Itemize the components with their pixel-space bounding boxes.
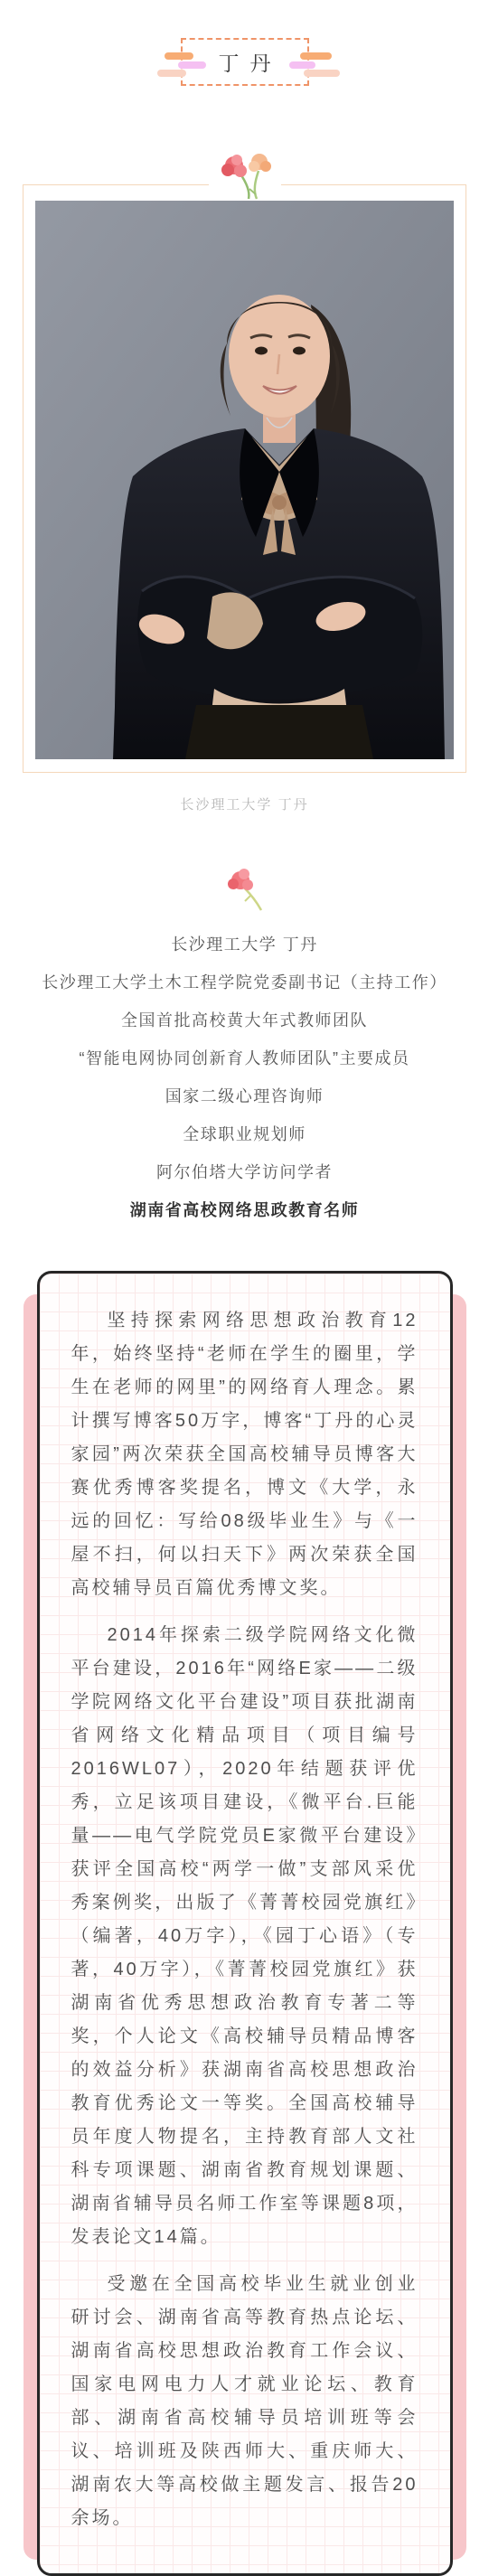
credential-line: 国家二级心理咨询师	[0, 1077, 489, 1115]
decor-bar-orange-left	[165, 52, 193, 60]
carnation-bouquet-icon	[209, 146, 281, 200]
page-title: 丁丹	[208, 47, 282, 77]
credential-line: 长沙理工大学土木工程学院党委副书记（主持工作）	[0, 964, 489, 1001]
bio-paragraph: 受邀在全国高校毕业生就业创业研讨会、湖南省高等教育热点论坛、湖南省高校思想政治教…	[71, 2268, 418, 2535]
credential-line: 长沙理工大学 丁丹	[0, 926, 489, 964]
decor-bar-peach-left	[157, 70, 186, 77]
decor-bar-peach-right	[304, 70, 340, 77]
page: { "header": { "title": "丁丹" }, "photo_ca…	[0, 0, 489, 2576]
portrait-photo	[35, 201, 454, 759]
credential-line: 全国首批高校黄大年式教师团队	[0, 1001, 489, 1039]
title-box: 丁丹	[181, 38, 309, 86]
carnation-flower-icon	[221, 866, 269, 911]
header: 丁丹	[0, 0, 489, 86]
carnation-bouquet-svg	[212, 149, 277, 200]
credentials-list: 长沙理工大学 丁丹长沙理工大学土木工程学院党委副书记（主持工作）全国首批高校黄大…	[0, 926, 489, 1191]
decor-bar-orange-right	[300, 52, 332, 60]
decor-bar-pink-left	[178, 61, 206, 69]
credential-line: “智能电网协同创新育人教师团队”主要成员	[0, 1039, 489, 1077]
decor-bar-pink-right	[289, 61, 315, 69]
bio-section: 坚持探索网络思想政治教育12年，始终坚持“老师在学生的圈里，学生在老师的网里”的…	[37, 1271, 453, 2576]
bio-paragraph: 坚持探索网络思想政治教育12年，始终坚持“老师在学生的圈里，学生在老师的网里”的…	[71, 1304, 418, 1605]
photo-card	[23, 184, 466, 773]
credential-line: 全球职业规划师	[0, 1115, 489, 1153]
credential-line: 阿尔伯塔大学访问学者	[0, 1153, 489, 1191]
bio-card: 坚持探索网络思想政治教育12年，始终坚持“老师在学生的圈里，学生在老师的网里”的…	[37, 1271, 453, 2576]
carnation-flower-svg	[221, 866, 269, 911]
photo-caption: 长沙理工大学 丁丹	[0, 794, 489, 813]
bio-paragraph: 2014年探索二级学院网络文化微平台建设，2016年“网络E家——二级学院网络文…	[71, 1619, 418, 2254]
credential-highlight: 湖南省高校网络思政教育名师	[0, 1191, 489, 1229]
